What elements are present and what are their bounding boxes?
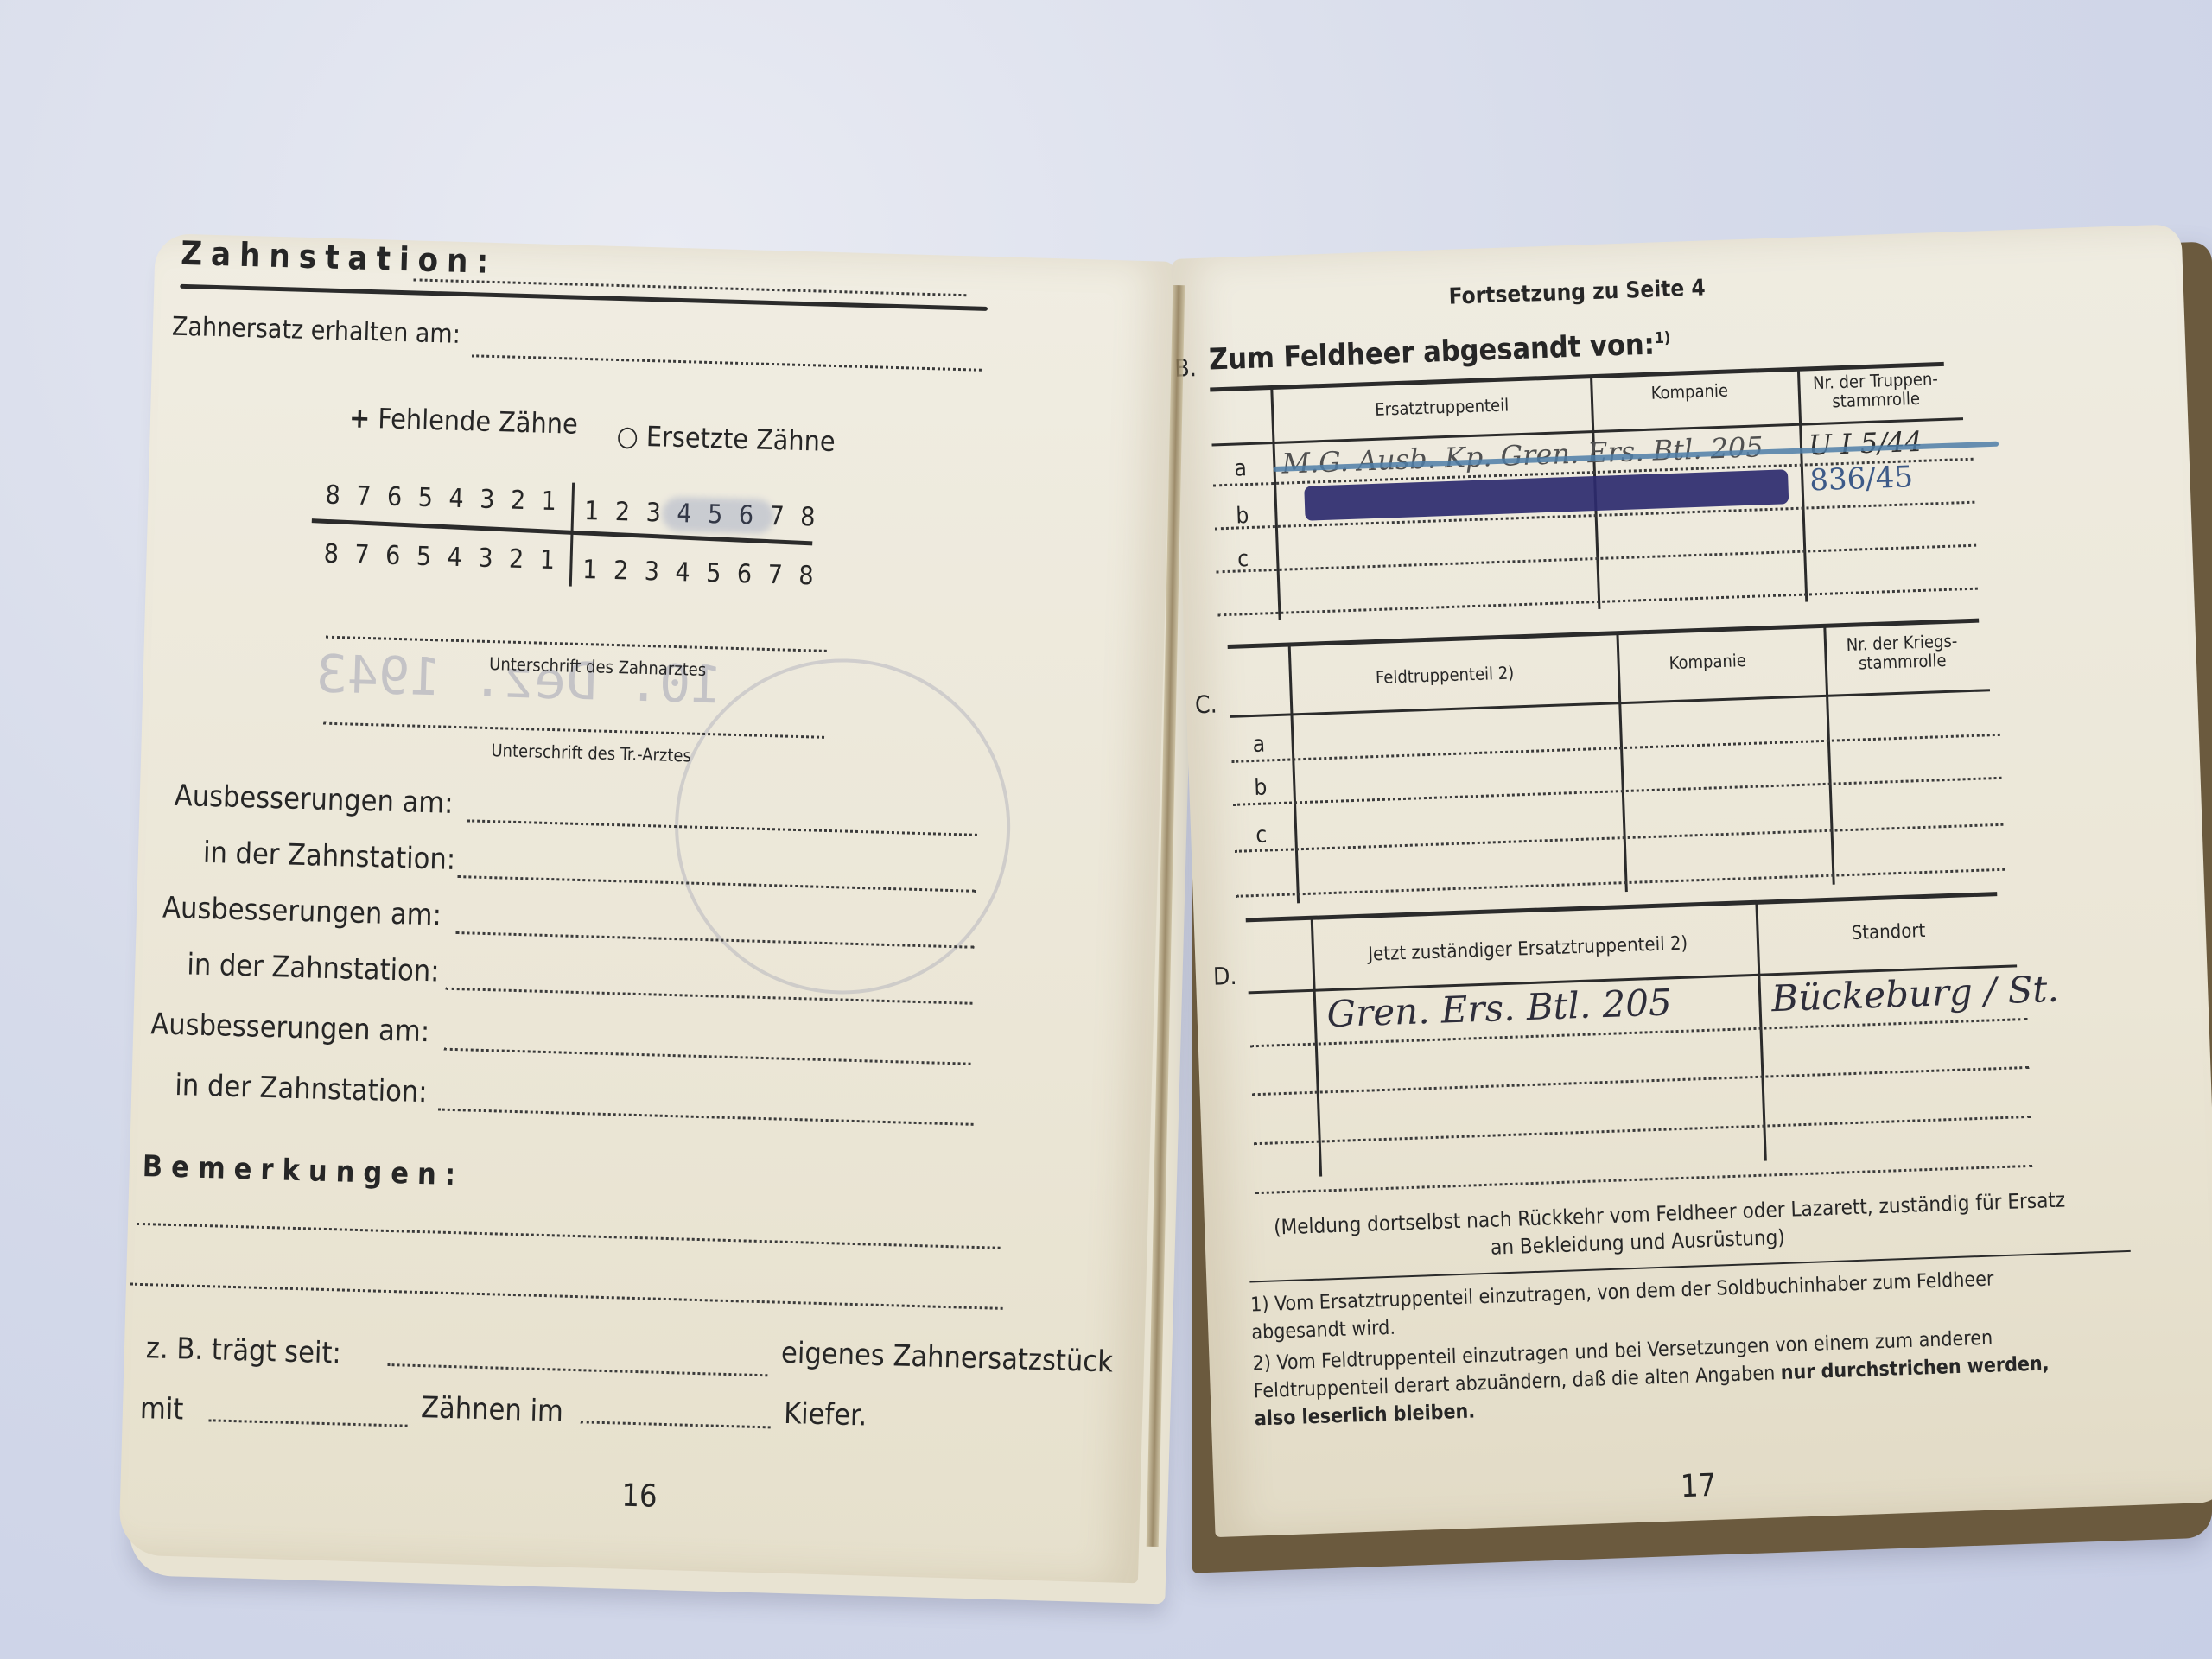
c-row-c-letter: c	[1255, 823, 1268, 849]
jaw-field[interactable]	[581, 1421, 771, 1428]
section-c-letter: C.	[1194, 690, 1217, 719]
station-label-2: in der Zahnstation:	[187, 947, 440, 988]
b-header-nr: Nr. der Truppen-stammrolle	[1806, 369, 1945, 412]
b-header-company: Kompanie	[1650, 380, 1728, 404]
right-page: Fortsetzung zu Seite 4 B. Zum Feldheer a…	[1171, 224, 2212, 1537]
c-header-nr: Nr. der Kriegs-stammrolle	[1833, 631, 1972, 674]
remarks-label: Bemerkungen:	[142, 1149, 464, 1192]
zahnersatz-field[interactable]	[472, 354, 982, 371]
teeth-lower-right[interactable]: 1 2 3 4 5 6 7 8	[582, 555, 818, 592]
zaehnen-im-label: Zähnen im	[421, 1390, 564, 1429]
b-row-b-nr[interactable]: 836/45	[1809, 460, 1914, 498]
footnote-ref-1: 1)	[1654, 329, 1670, 348]
d-row-4-line[interactable]	[1255, 1165, 2033, 1194]
plus-icon: +	[349, 401, 371, 435]
teeth-upper-left[interactable]: 8 7 6 5 4 3 2 1	[325, 480, 561, 518]
station-label-1: in der Zahnstation:	[202, 836, 455, 877]
section-d-letter: D.	[1212, 962, 1237, 991]
repairs-label-1: Ausbesserungen am:	[174, 779, 454, 821]
page-number-right: 17	[1680, 1468, 1717, 1504]
b-row-a-letter: a	[1234, 455, 1247, 481]
station-field-3[interactable]	[438, 1109, 974, 1126]
d-row-3-line[interactable]	[1254, 1116, 2031, 1145]
zahnstation-heading: Zahnstation:	[181, 234, 498, 281]
remarks-field-2[interactable]	[130, 1283, 1003, 1310]
footnote-2-line3: also leserlich bleiben.	[1254, 1401, 1475, 1431]
legend-missing-label: Fehlende Zähne	[378, 402, 578, 440]
c-header-unit: Feldtruppenteil 2)	[1376, 662, 1515, 688]
c-col-divider-2	[1616, 632, 1627, 892]
b-col-divider-1	[1270, 387, 1281, 620]
repairs-label-3: Ausbesserungen am:	[150, 1007, 430, 1049]
zb-label: z. B. trägt seit:	[145, 1331, 341, 1370]
circle-icon: ○	[616, 419, 639, 453]
c-row-a-line[interactable]	[1231, 734, 2000, 763]
b-header-unit: Ersatztruppenteil	[1375, 394, 1510, 419]
d-row-2-line[interactable]	[1252, 1066, 2030, 1096]
page-number-left: 16	[621, 1478, 658, 1515]
zb-since-field[interactable]	[387, 1363, 767, 1376]
footnote-1-line2: abgesandt wird.	[1251, 1317, 1395, 1344]
kiefer-label: Kiefer.	[784, 1396, 868, 1433]
d-header-unit: Jetzt zuständiger Ersatztruppenteil 2)	[1368, 933, 1688, 966]
heading-underline	[180, 284, 988, 311]
legend-replaced-label: Ersetzte Zähne	[645, 420, 836, 458]
footnote-2-line2-bold: nur durchstrichen werden,	[1780, 1352, 2050, 1384]
teeth-count-field[interactable]	[209, 1419, 408, 1427]
section-b-title-text: Zum Feldheer abgesandt von:	[1208, 327, 1655, 378]
zahnersatz-label: Zahnersatz erhalten am:	[172, 312, 461, 350]
legend-missing: + Fehlende Zähne	[349, 401, 579, 440]
c-header-rule	[1230, 689, 1990, 718]
b-row-b-stamp	[1304, 469, 1789, 521]
remarks-field-1[interactable]	[137, 1223, 1001, 1249]
c-row-b-line[interactable]	[1233, 777, 2002, 806]
b-row-a-nr[interactable]: U I 5/44	[1808, 425, 1923, 462]
blue-ink-smudge	[662, 497, 775, 535]
c-header-company: Kompanie	[1669, 650, 1746, 673]
c-row-c-line[interactable]	[1235, 823, 2004, 853]
station-field-2[interactable]	[446, 988, 973, 1005]
c-row-b-letter: b	[1254, 774, 1268, 801]
repairs-field-3[interactable]	[444, 1048, 971, 1065]
zb-prosthesis-label: eigenes Zahnersatzstück	[781, 1336, 1114, 1380]
continuation-note: Fortsetzung zu Seite 4	[1448, 275, 1706, 309]
teeth-lower-left[interactable]: 8 7 6 5 4 3 2 1	[323, 539, 559, 576]
repairs-label-2: Ausbesserungen am:	[162, 891, 442, 933]
legend-replaced: ○ Ersetzte Zähne	[616, 419, 836, 458]
d-col-divider-2	[1755, 902, 1766, 1161]
c-row-a-letter: a	[1252, 732, 1265, 758]
doctor-signature-label: Unterschrift des Tr.-Arztes	[491, 740, 691, 766]
d-col-divider-1	[1311, 918, 1322, 1177]
section-d-top-rule	[1246, 892, 1998, 922]
mit-label: mit	[139, 1391, 183, 1427]
footnote-1-line1: 1) Vom Ersatztruppenteil einzutragen, vo…	[1250, 1268, 1994, 1316]
station-label-3: in der Zahnstation:	[175, 1068, 428, 1109]
b-row-b-letter: b	[1236, 503, 1249, 530]
b-row-c-letter: c	[1237, 546, 1249, 572]
d-row-1-standort[interactable]: Bückeburg / St.	[1770, 968, 2059, 1020]
c-col-divider-1	[1288, 644, 1300, 903]
section-b-title: Zum Feldheer abgesandt von:1)	[1208, 327, 1671, 378]
d-header-standort: Standort	[1851, 920, 1925, 944]
left-page: Zahnstation: Zahnersatz erhalten am: + F…	[118, 233, 1174, 1583]
c-row-d-line[interactable]	[1236, 868, 2005, 898]
